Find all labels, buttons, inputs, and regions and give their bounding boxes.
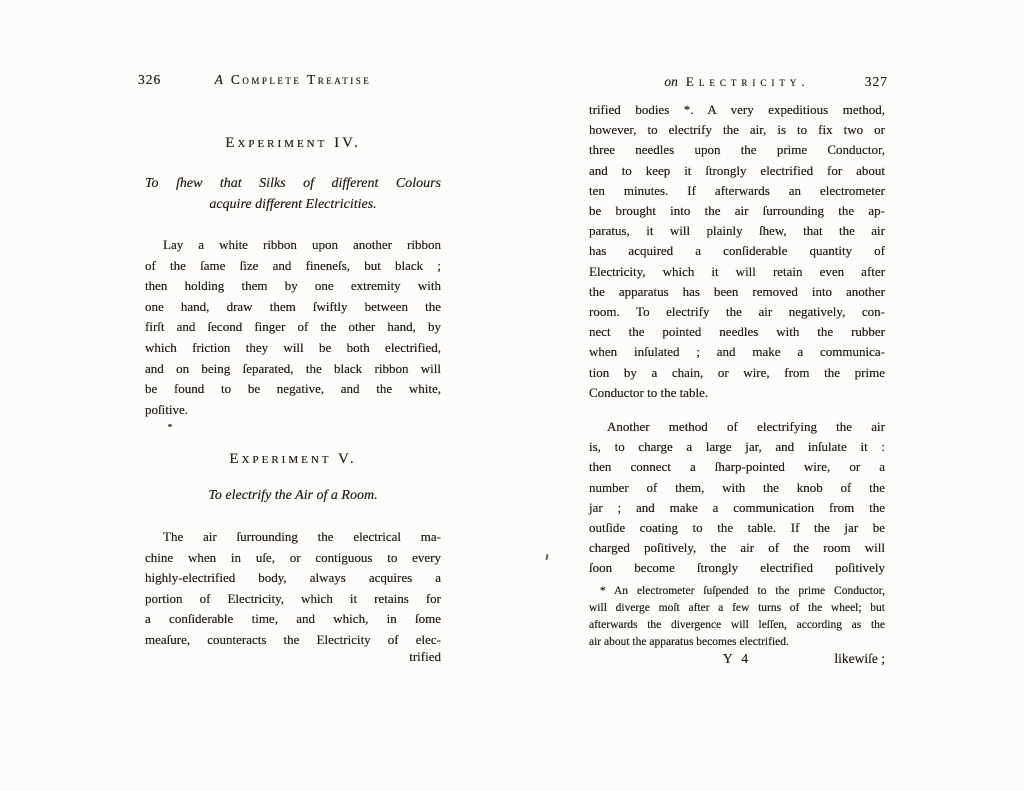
text-line: number of them, with the knob of the [589, 478, 885, 498]
text-line: meaſure, counteracts the Electricity of … [145, 630, 441, 651]
text-line: outſide coating to the table. If the jar… [589, 518, 885, 538]
text-line: room. To electrify the air negatively, c… [589, 302, 885, 322]
text-line: the apparatus has been removed into anot… [589, 282, 885, 302]
experiment-5-subtitle: To electrify the Air of a Room. [145, 488, 441, 504]
left-page-number: 326 [138, 72, 161, 88]
ink-speck [168, 424, 172, 427]
experiment-5-heading: Experiment V. [145, 451, 441, 468]
text-line: a conſiderable time, and which, in ſome [145, 609, 441, 630]
text-line: jar ; and make a communication from the [589, 498, 885, 518]
text-line: ſoon become ſtrongly electrified poſitiv… [589, 558, 885, 578]
text-line: then connect a ſharp-pointed wire, or a [589, 457, 885, 477]
text-line: Another method of electrifying the air [589, 417, 885, 437]
book-scan: 326 AComplete Treatise Experiment IV. To… [0, 0, 1024, 791]
air-electrify-paragraph: trified bodies *. A very expeditious met… [589, 100, 885, 403]
text-line: air about the apparatus becomes electrif… [589, 634, 885, 651]
text-line: is, to charge a large jar, and inſulate … [589, 437, 885, 457]
text-line: The air ſurrounding the electrical ma- [145, 527, 441, 548]
right-catchword: likewiſe ; [834, 651, 885, 667]
right-running-header: onElectricity. 327 [589, 74, 885, 94]
right-page: onElectricity. 327 trified bodies *. A v… [589, 72, 885, 712]
text-line: and to keep it ſtrongly electrified for … [589, 161, 885, 181]
left-page: 326 AComplete Treatise Experiment IV. To… [145, 70, 441, 710]
text-line: tion by a chain, or wire, from the prime [589, 363, 885, 383]
text-line: then holding them by one extremity with [145, 276, 441, 297]
text-line: chine when in uſe, or contiguous to ever… [145, 548, 441, 569]
left-running-title-prefix: A [215, 72, 223, 87]
text-line: firſt and ſecond finger of the other han… [145, 317, 441, 338]
experiment-4-paragraph: Lay a white ribbon upon another ribbonof… [145, 235, 441, 420]
ink-speck [545, 554, 548, 560]
text-line: trified bodies *. A very expeditious met… [589, 100, 885, 120]
text-line: has acquired a conſiderable quantity of [589, 241, 885, 261]
text-line: charged poſitively, the air of the room … [589, 538, 885, 558]
text-line: portion of Electricity, which it retains… [145, 589, 441, 610]
text-line: of the ſame ſize and fineneſs, but black… [145, 256, 441, 277]
text-line: and on being ſeparated, the black ribbon… [145, 359, 441, 380]
text-line: when inſulated ; and make a communica- [589, 342, 885, 362]
another-method-paragraph: Another method of electrifying the airis… [589, 417, 885, 579]
text-line: afterwards the divergence will leſſen, a… [589, 617, 885, 634]
signature-row: Y 4 likewiſe ; [589, 651, 885, 671]
experiment-4-heading: Experiment IV. [145, 135, 441, 152]
left-catchword: trified [145, 649, 441, 665]
text-line: one hand, draw them ſwiftly between the [145, 297, 441, 318]
electrometer-footnote: * An electrometer ſuſpended to the prime… [589, 583, 885, 651]
text-line: nect the pointed needles with the rubber [589, 322, 885, 342]
text-line: Conductor to the table. [589, 383, 885, 403]
right-running-title: Electricity. [686, 74, 810, 89]
text-line: ten minutes. If afterwards an electromet… [589, 181, 885, 201]
experiment-5-paragraph: The air ſurrounding the electrical ma-ch… [145, 527, 441, 651]
text-line: poſitive. [145, 400, 441, 421]
right-page-number: 327 [865, 74, 888, 90]
text-line: Electricity, which it will retain even a… [589, 262, 885, 282]
experiment-4-subtitle-line1: To ſhew that Silks of different Colours [145, 176, 441, 192]
text-line: three needles upon the prime Conductor, [589, 140, 885, 160]
text-line: which friction they will be both electri… [145, 338, 441, 359]
text-line: Lay a white ribbon upon another ribbon [145, 235, 441, 256]
text-line: be found to be negative, and the white, [145, 379, 441, 400]
text-line: * An electrometer ſuſpended to the prime… [589, 583, 885, 600]
right-running-title-prefix: on [664, 74, 678, 89]
text-line: however, to electrify the air, is to fix… [589, 120, 885, 140]
left-running-title: Complete Treatise [231, 72, 371, 87]
text-line: will diverge moſt after a few turns of t… [589, 600, 885, 617]
left-running-header: 326 AComplete Treatise [145, 72, 441, 92]
text-line: be brought into the air ſurrounding the … [589, 201, 885, 221]
signature-mark: Y 4 [723, 651, 751, 667]
text-line: paratus, it will plainly ſhew, that the … [589, 221, 885, 241]
text-line: highly-electrified body, always acquires… [145, 568, 441, 589]
experiment-4-subtitle-line2: acquire different Electricities. [145, 197, 441, 213]
